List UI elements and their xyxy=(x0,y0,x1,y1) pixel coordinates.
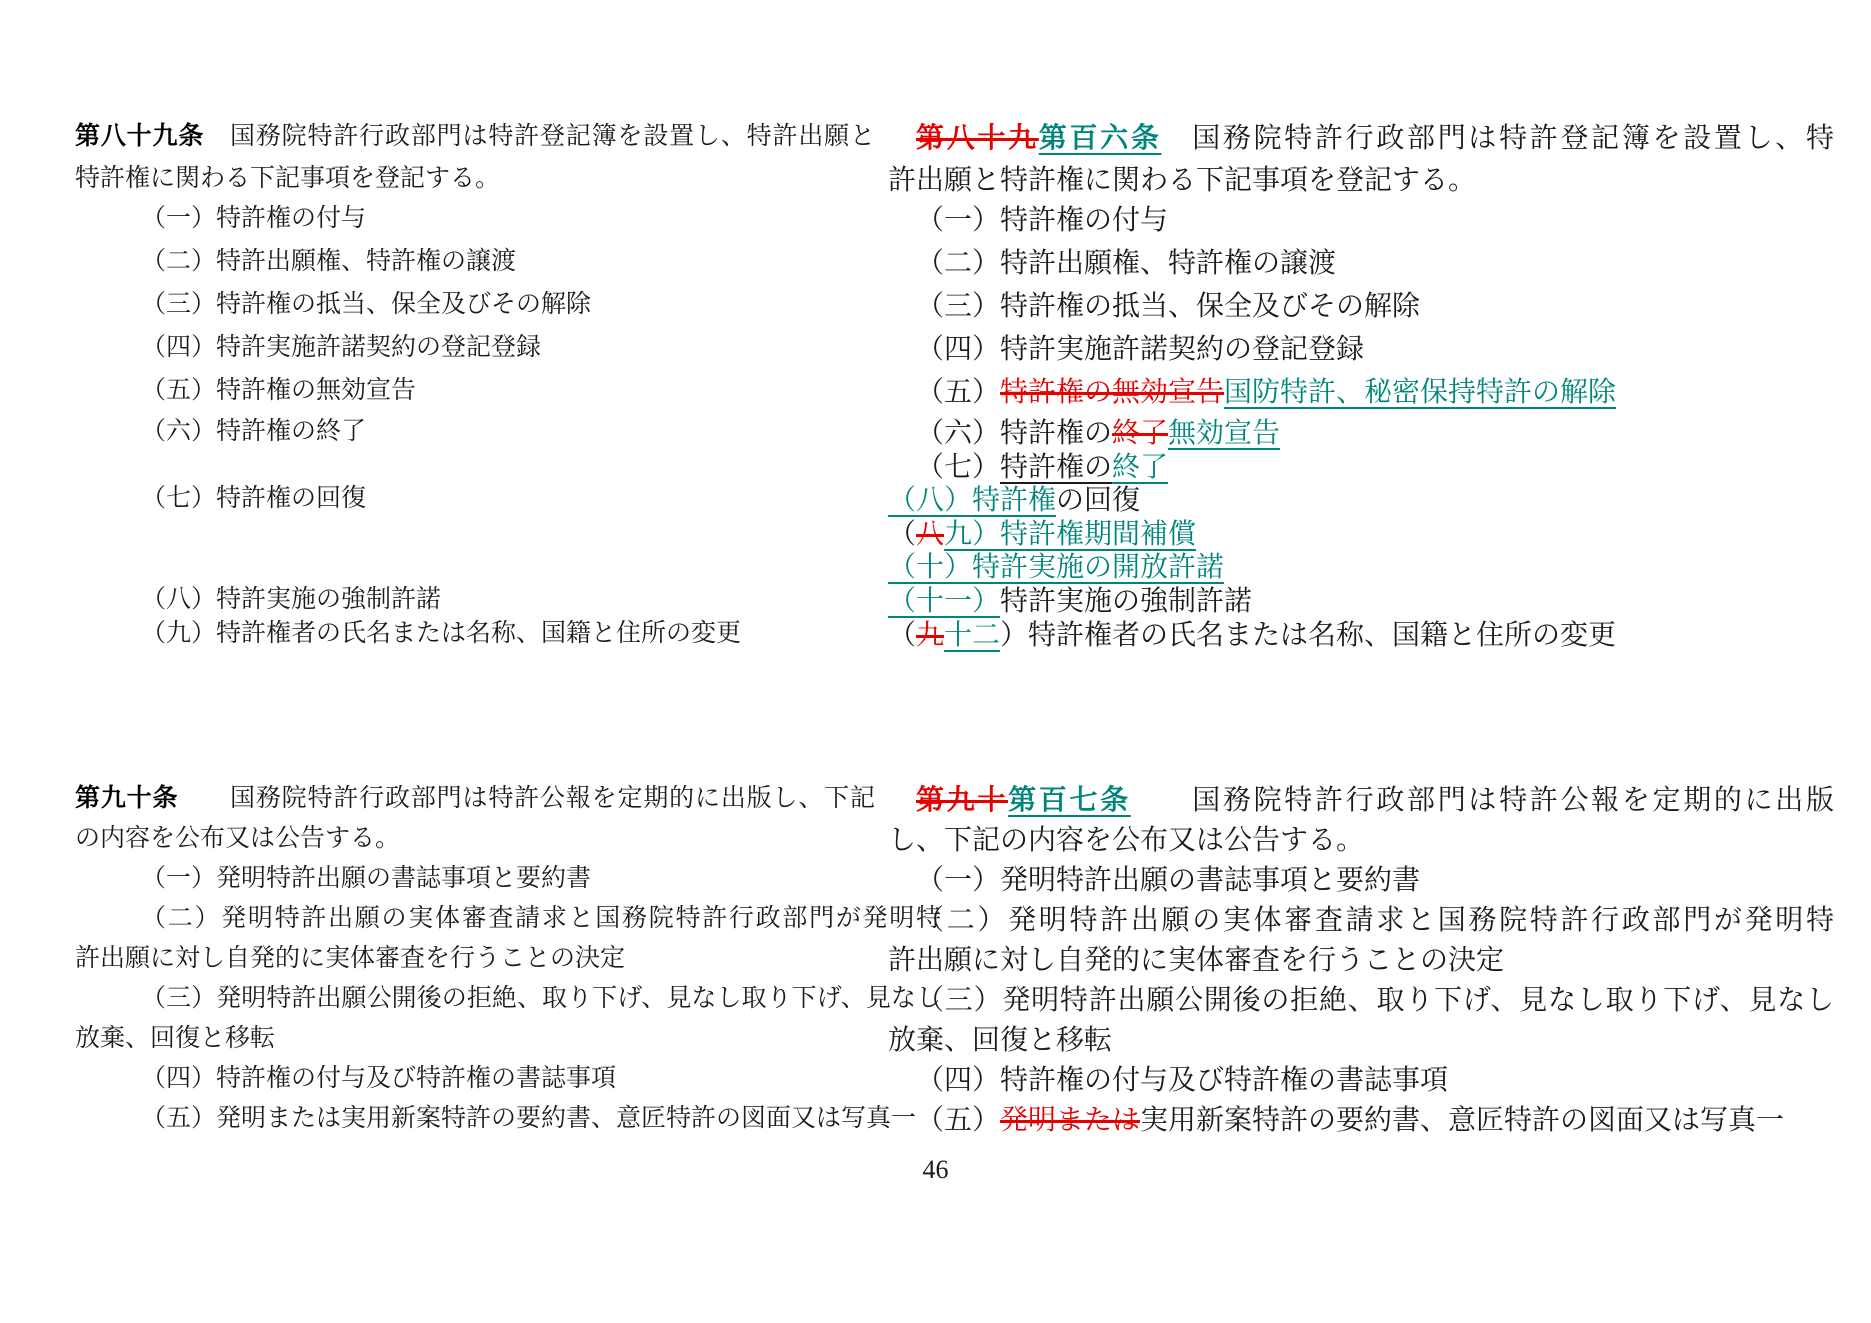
right-article-number-inserted: 第百六条 xyxy=(1039,123,1162,154)
deleted-text: 特許権の無効宣告 xyxy=(1000,377,1224,408)
left-pub-item-2-line2: 許出願に対し自発的に実体審査を行うことの決定 xyxy=(75,945,625,974)
right-pub-item-2-line1: （二）発明特許出願の実体審査請求と国務院特許行政部門が発明特 xyxy=(916,905,1834,937)
right-item-9: （八九）特許権期間補償 xyxy=(888,519,1196,551)
right-item-11: （十一）特許実施の強制許諾 xyxy=(888,586,1252,618)
right-item-12-tail: ）特許権者の氏名または名称、国籍と住所の変更 xyxy=(1000,620,1616,651)
left-pub-item-1: （一）発明特許出願の書誌事項と要約書 xyxy=(141,865,591,894)
inserted-text: 無効宣告 xyxy=(1168,418,1280,449)
right-article-number-inserted: 第百七条 xyxy=(1008,785,1131,816)
right-item-2: （二）特許出願権、特許権の譲渡 xyxy=(916,248,1336,280)
left-item-1: （一）特許権の付与 xyxy=(141,205,366,234)
right-article106-body-start: 国務院特許行政部門は特許登記簿を設置し、特 xyxy=(1162,123,1834,154)
inserted-text: 十二 xyxy=(944,620,1000,651)
right-pub-item-5-label: （五） xyxy=(916,1105,1000,1136)
inserted-text: 九）特許権期間補償 xyxy=(944,519,1196,550)
right-item-10: （十）特許実施の開放許諾 xyxy=(888,552,1224,584)
right-item-8-tail: の回復 xyxy=(1056,485,1140,516)
left-pub-item-2-line1: （二）発明特許出願の実体審査請求と国務院特許行政部門が発明特 xyxy=(141,905,941,934)
right-item-9-paren: （ xyxy=(888,519,916,550)
right-pub-item-1: （一）発明特許出願の書誌事項と要約書 xyxy=(916,865,1420,897)
right-pub-item-3-line1: （三）発明特許出願公開後の拒絶、取り下げ、見なし取り下げ、見なし xyxy=(916,985,1834,1017)
right-article107-heading-line1: 第九十第百七条 国務院特許行政部門は特許公報を定期的に出版 xyxy=(916,785,1834,817)
inserted-text: （十）特許実施の開放許諾 xyxy=(888,552,1224,583)
right-item-12: （九十二）特許権者の氏名または名称、国籍と住所の変更 xyxy=(888,620,1616,652)
right-article-number-deleted: 第九十 xyxy=(916,785,1008,816)
left-article90-body-start: 国務院特許行政部門は特許公報を定期的に出版し、下記 xyxy=(178,785,875,812)
left-pub-item-3-line2: 放棄、回復と移転 xyxy=(75,1025,275,1054)
right-item-3: （三）特許権の抵当、保全及びその解除 xyxy=(916,291,1420,323)
right-pub-item-5: （五）発明または実用新案特許の要約書、意匠特許の図面又は写真一 xyxy=(916,1105,1784,1137)
right-item-1: （一）特許権の付与 xyxy=(916,205,1168,237)
left-item-6: （六）特許権の終了 xyxy=(141,418,366,447)
right-item-7: （七）特許権の終了 xyxy=(916,452,1168,484)
right-article107-body-start: 国務院特許行政部門は特許公報を定期的に出版 xyxy=(1131,785,1834,816)
inserted-text: （十一） xyxy=(888,586,1000,617)
left-article90-heading-line2: の内容を公布又は公告する。 xyxy=(75,825,400,854)
inserted-text: （八）特許権 xyxy=(888,485,1056,516)
right-article106-heading-line1: 第八十九第百六条 国務院特許行政部門は特許登記簿を設置し、特 xyxy=(916,123,1834,155)
document-page: 第八十九条 国務院特許行政部門は特許登記簿を設置し、特許出願と 特許権に関わる下… xyxy=(0,0,1871,1323)
inserted-text: 終了 xyxy=(1112,452,1168,483)
left-article90-heading-line1: 第九十条 国務院特許行政部門は特許公報を定期的に出版し、下記 xyxy=(75,785,875,814)
left-article90-number: 第九十条 xyxy=(75,785,178,812)
left-item-4: （四）特許実施許諾契約の登記登録 xyxy=(141,334,541,363)
left-item-7: （七）特許権の回復 xyxy=(141,485,366,514)
left-item-2: （二）特許出願権、特許権の譲渡 xyxy=(141,248,516,277)
deleted-text: 八 xyxy=(916,519,944,550)
left-item-5: （五）特許権の無効宣告 xyxy=(141,377,416,406)
deleted-text: 終了 xyxy=(1112,418,1168,449)
left-pub-item-3-line1: （三）発明特許出願公開後の拒絶、取り下げ、見なし取り下げ、見なし xyxy=(141,985,941,1014)
right-item-7-label: （七） xyxy=(916,452,1000,483)
inserted-text: 国防特許、秘密保持特許の解除 xyxy=(1224,377,1616,408)
left-item-9: （九）特許権者の氏名または名称、国籍と住所の変更 xyxy=(141,620,741,649)
left-pub-item-5: （五）発明または実用新案特許の要約書、意匠特許の図面又は写真一 xyxy=(141,1105,916,1134)
right-item-4: （四）特許実施許諾契約の登記登録 xyxy=(916,334,1364,366)
right-article107-heading-line2: し、下記の内容を公布又は公告する。 xyxy=(888,825,1364,857)
right-item-6: （六）特許権の終了無効宣告 xyxy=(916,418,1280,450)
right-item-8: （八）特許権の回復 xyxy=(888,485,1140,517)
right-item-12-paren: （ xyxy=(888,620,916,651)
right-pub-item-4: （四）特許権の付与及び特許権の書誌事項 xyxy=(916,1065,1448,1097)
underlined-text: 特許権の xyxy=(1000,452,1112,483)
left-item-3: （三）特許権の抵当、保全及びその解除 xyxy=(141,291,591,320)
left-article89-number: 第八十九条 xyxy=(75,123,204,150)
deleted-text: 九 xyxy=(916,620,944,651)
deleted-text: 発明または xyxy=(1000,1105,1140,1136)
right-pub-item-2-line2: 許出願に対し自発的に実体審査を行うことの決定 xyxy=(888,945,1504,977)
right-article106-heading-line2: 許出願と特許権に関わる下記事項を登記する。 xyxy=(888,165,1476,197)
left-item-8: （八）特許実施の強制許諾 xyxy=(141,586,441,615)
left-article89-heading-line1: 第八十九条 国務院特許行政部門は特許登記簿を設置し、特許出願と xyxy=(75,123,875,152)
right-item-5-label: （五） xyxy=(916,377,1000,408)
right-pub-item-5-tail: 実用新案特許の要約書、意匠特許の図面又は写真一 xyxy=(1140,1105,1784,1136)
right-item-6-label: （六）特許権の xyxy=(916,418,1112,449)
right-item-5: （五）特許権の無効宣告国防特許、秘密保持特許の解除 xyxy=(916,377,1616,409)
left-article89-body-start: 国務院特許行政部門は特許登記簿を設置し、特許出願と xyxy=(204,123,875,150)
left-article89-heading-line2: 特許権に関わる下記事項を登記する。 xyxy=(75,165,500,194)
page-number: 46 xyxy=(0,1155,1871,1185)
right-item-11-tail: 特許実施の強制許諾 xyxy=(1000,586,1252,617)
right-article-number-deleted: 第八十九 xyxy=(916,123,1039,154)
right-pub-item-3-line2: 放棄、回復と移転 xyxy=(888,1025,1112,1057)
left-pub-item-4: （四）特許権の付与及び特許権の書誌事項 xyxy=(141,1065,616,1094)
